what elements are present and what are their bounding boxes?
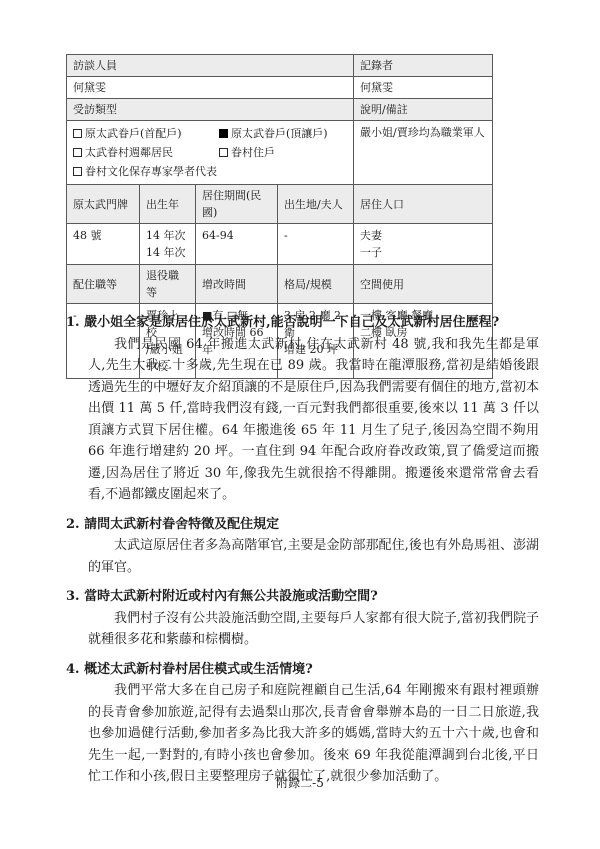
question-text: 請問太武新村眷舍特徵及配住規定	[84, 517, 279, 532]
table-row: 配住職等 退役職等 增改時間 格局/規模 空間使用	[67, 265, 493, 304]
table-row: 訪談人員 記錄者	[67, 55, 493, 77]
checkbox-icon	[73, 148, 82, 157]
header-retired-rank: 退役職等	[140, 265, 196, 304]
value-birth-year: 14 年次 14 年次	[140, 224, 196, 265]
header-space-usage: 空間使用	[354, 265, 493, 304]
question-number: 4.	[66, 662, 80, 677]
interviewer-label-cell: 訪談人員	[67, 55, 354, 77]
page-footer: 附錄二-5	[0, 774, 600, 791]
question-title: 4. 概述太武新村眷村居住模式或生活情境?	[66, 659, 539, 681]
table-row: 原太武門牌 出生年 居住期間(民國) 出生地/夫人 居住人口	[67, 185, 493, 224]
note-label-cell: 說明/備註	[354, 99, 493, 121]
header-door-number: 原太武門牌	[67, 185, 140, 224]
checkbox-option-original-transferred: 原太武眷戶(頂讓戶)	[219, 124, 328, 143]
checkbox-icon	[73, 167, 82, 176]
checkbox-label: 原太武眷戶(頂讓戶)	[231, 127, 328, 140]
table-row: 何黛雯 何黛雯	[67, 77, 493, 99]
question-title: 3. 當時太武新村附近或村內有無公共設施或活動空間?	[66, 586, 539, 608]
question-block-3: 3. 當時太武新村附近或村內有無公共設施或活動空間? 我們村子沒有公共設施活動空…	[66, 586, 539, 651]
question-title: 2. 請問太武新村眷舍特徵及配住規定	[66, 514, 539, 536]
question-number: 2.	[66, 517, 80, 532]
interviewer-name-cell: 何黛雯	[67, 77, 354, 99]
checkbox-label: 原太武眷戶(首配戶)	[85, 127, 182, 140]
checkbox-option-village-resident: 眷村住戶	[219, 143, 275, 162]
question-number: 3.	[66, 589, 80, 604]
question-text: 概述太武新村眷村居住模式或生活情境?	[84, 662, 313, 677]
header-residence-period: 居住期間(民國)	[196, 185, 278, 224]
recorder-label-cell: 記錄者	[354, 55, 493, 77]
value-door-number: 48 號	[67, 224, 140, 265]
question-block-4: 4. 概述太武新村眷村居住模式或生活情境? 我們平常大多在自己房子和庭院裡顧自己…	[66, 659, 539, 788]
question-text: 當時太武新村附近或村內有無公共設施或活動空間?	[84, 589, 378, 604]
checkbox-line: 原太武眷戶(首配戶)原太武眷戶(頂讓戶)	[73, 124, 347, 143]
value-household: 夫妻 一子	[354, 224, 493, 265]
table-row: 原太武眷戶(首配戶)原太武眷戶(頂讓戶) 太武眷村週鄰居民眷村住戶 眷村文化保存…	[67, 121, 493, 185]
answer-paragraph: 我們村子沒有公共設施活動空間,主要每戶人家都有很大院子,當初我們院子就種很多花和…	[88, 608, 539, 651]
checkbox-option-original-first-assigned: 原太武眷戶(首配戶)	[73, 124, 219, 143]
qa-section: 1. 嚴小姐全家是原居住於太武新村,能否說明一下自己及太武新村居住歷程? 我們是…	[66, 312, 539, 796]
header-assigned-rank: 配住職等	[67, 265, 140, 304]
note-value-cell: 嚴小姐/賈珍均為職業軍人	[354, 121, 493, 185]
checkbox-icon	[73, 129, 82, 138]
answer-paragraph: 太武這原居住者多為高階軍官,主要是金防部那配住,後也有外島馬祖、澎湖的軍官。	[88, 535, 539, 578]
document-page: 訪談人員 記錄者 何黛雯 何黛雯 受訪類型 說明/備註 原太武眷戶(首配戶)原太…	[0, 0, 600, 849]
question-block-2: 2. 請問太武新村眷舍特徵及配住規定 太武這原居住者多為高階軍官,主要是金防部那…	[66, 514, 539, 579]
checkbox-line: 太武眷村週鄰居民眷村住戶	[73, 143, 347, 162]
checkbox-icon	[219, 148, 228, 157]
checkbox-icon	[219, 129, 228, 138]
question-title: 1. 嚴小姐全家是原居住於太武新村,能否說明一下自己及太武新村居住歷程?	[66, 312, 539, 334]
header-birthplace: 出生地/夫人	[278, 185, 354, 224]
header-birth-year: 出生年	[140, 185, 196, 224]
value-birthplace: -	[278, 224, 354, 265]
respondent-type-label-cell: 受訪類型	[67, 99, 354, 121]
answer-paragraph: 我們是民國 64 年搬進太武新村,住在太武新村 48 號,我和我先生都是軍人,先…	[88, 334, 539, 506]
checkbox-line: 眷村文化保存專家學者代表	[73, 162, 347, 181]
checkbox-label: 太武眷村週鄰居民	[85, 146, 173, 159]
value-residence-period: 64-94	[196, 224, 278, 265]
checkbox-label: 眷村文化保存專家學者代表	[85, 165, 217, 178]
respondent-type-options-cell: 原太武眷戶(首配戶)原太武眷戶(頂讓戶) 太武眷村週鄰居民眷村住戶 眷村文化保存…	[67, 121, 354, 185]
header-renovation-time: 增改時間	[196, 265, 278, 304]
question-block-1: 1. 嚴小姐全家是原居住於太武新村,能否說明一下自己及太武新村居住歷程? 我們是…	[66, 312, 539, 506]
table-row: 受訪類型 說明/備註	[67, 99, 493, 121]
question-number: 1.	[66, 315, 80, 330]
answer-paragraph: 我們平常大多在自己房子和庭院裡顧自己生活,64 年剛搬來有跟村裡頭辦的長青會參加…	[88, 680, 539, 788]
checkbox-option-expert-representative: 眷村文化保存專家學者代表	[73, 162, 217, 181]
header-household: 居住人口	[354, 185, 493, 224]
checkbox-label: 眷村住戶	[231, 146, 275, 159]
question-text: 嚴小姐全家是原居住於太武新村,能否說明一下自己及太武新村居住歷程?	[84, 315, 499, 330]
header-layout-scale: 格局/規模	[278, 265, 354, 304]
table-row: 48 號 14 年次 14 年次 64-94 - 夫妻 一子	[67, 224, 493, 265]
recorder-name-cell: 何黛雯	[354, 77, 493, 99]
checkbox-option-neighbor-resident: 太武眷村週鄰居民	[73, 143, 219, 162]
